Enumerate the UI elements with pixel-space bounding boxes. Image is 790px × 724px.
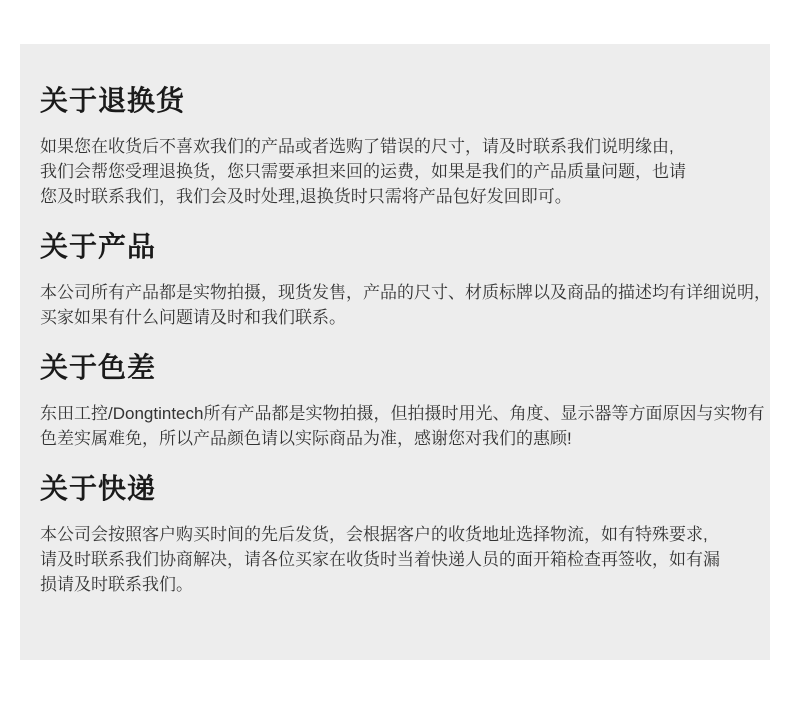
section-heading: 关于退换货 bbox=[40, 87, 752, 115]
paragraph-line: 我们会帮您受理退换货，您只需要承担来回的运费，如果是我们的产品质量问题，也请 bbox=[40, 159, 752, 184]
paragraph-line: 请及时联系我们协商解决，请各位买家在收货时当着快递人员的面开箱检查再签收，如有漏 bbox=[40, 547, 752, 572]
section-paragraph: 本公司所有产品都是实物拍摄，现货发售，产品的尺寸、材质标牌以及商品的描述均有详细… bbox=[40, 280, 752, 330]
section-paragraph: 东田工控/Dongtintech所有产品都是实物拍摄，但拍摄时用光、角度、显示器… bbox=[40, 401, 752, 451]
page: 关于退换货 如果您在收货后不喜欢我们的产品或者选购了错误的尺寸，请及时联系我们说… bbox=[0, 0, 790, 724]
section-heading: 关于快递 bbox=[40, 475, 752, 503]
paragraph-line: 损请及时联系我们。 bbox=[40, 572, 752, 597]
paragraph-line: 本公司所有产品都是实物拍摄，现货发售，产品的尺寸、材质标牌以及商品的描述均有详细… bbox=[40, 280, 752, 305]
section-heading: 关于产品 bbox=[40, 233, 752, 261]
paragraph-line: 买家如果有什么问题请及时和我们联系。 bbox=[40, 305, 752, 330]
store-policy-card: 关于退换货 如果您在收货后不喜欢我们的产品或者选购了错误的尺寸，请及时联系我们说… bbox=[20, 44, 770, 660]
paragraph-line: 色差实属难免，所以产品颜色请以实际商品为准，感谢您对我们的惠顾! bbox=[40, 426, 752, 451]
paragraph-line: 东田工控/Dongtintech所有产品都是实物拍摄，但拍摄时用光、角度、显示器… bbox=[40, 401, 752, 426]
section-shipping: 关于快递 本公司会按照客户购买时间的先后发货，会根据客户的收货地址选择物流，如有… bbox=[40, 475, 752, 597]
section-color-difference: 关于色差 东田工控/Dongtintech所有产品都是实物拍摄，但拍摄时用光、角… bbox=[40, 354, 752, 451]
section-paragraph: 本公司会按照客户购买时间的先后发货，会根据客户的收货地址选择物流，如有特殊要求,… bbox=[40, 522, 752, 597]
section-product: 关于产品 本公司所有产品都是实物拍摄，现货发售，产品的尺寸、材质标牌以及商品的描… bbox=[40, 233, 752, 330]
paragraph-line: 您及时联系我们，我们会及时处理,退换货时只需将产品包好发回即可。 bbox=[40, 184, 752, 209]
paragraph-line: 本公司会按照客户购买时间的先后发货，会根据客户的收货地址选择物流，如有特殊要求, bbox=[40, 522, 752, 547]
section-paragraph: 如果您在收货后不喜欢我们的产品或者选购了错误的尺寸，请及时联系我们说明缘由, 我… bbox=[40, 134, 752, 209]
paragraph-line: 如果您在收货后不喜欢我们的产品或者选购了错误的尺寸，请及时联系我们说明缘由, bbox=[40, 134, 752, 159]
section-returns: 关于退换货 如果您在收货后不喜欢我们的产品或者选购了错误的尺寸，请及时联系我们说… bbox=[40, 87, 752, 209]
section-heading: 关于色差 bbox=[40, 354, 752, 382]
